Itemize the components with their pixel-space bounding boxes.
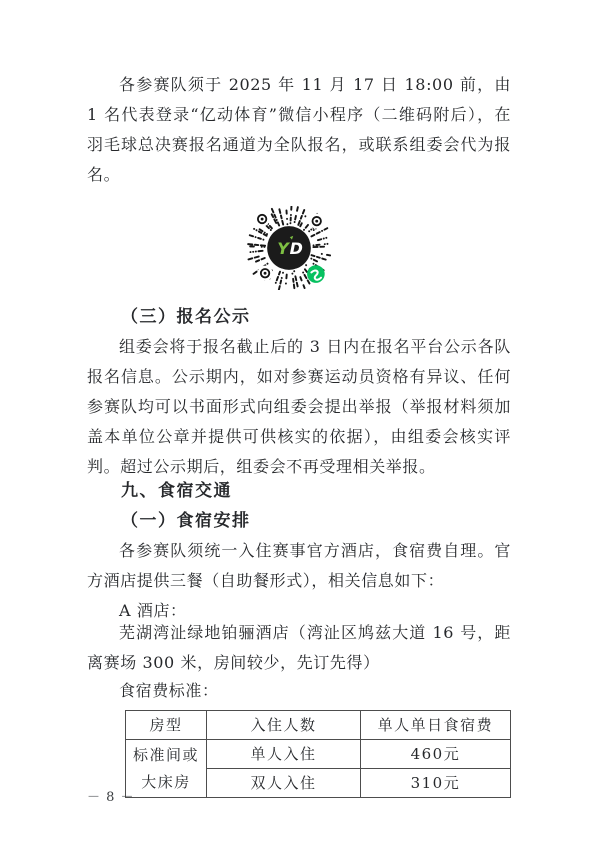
- wechat-mini-program-qr-icon: YD: [247, 206, 331, 290]
- section-3-body: 组委会将于报名截止后的 3 日内在报名平台公示各队报名信息。公示期内，如对参赛运…: [87, 332, 511, 482]
- hotel-a-detail: 芜湖湾沚绿地铂骊酒店（湾沚区鸠兹大道 16 号，距离赛场 300 米，房间较少，…: [87, 618, 511, 678]
- fee-table-header-occupancy: 入住人数: [207, 711, 361, 740]
- fee-table-row: 标准间或大床房 单人入住 460元: [126, 740, 511, 769]
- document-page: 各参赛队须于 2025 年 11 月 17 日 18:00 前，由 1 名代表登…: [87, 70, 511, 798]
- lodging-intro: 各参赛队须统一入住赛事官方酒店，食宿费自理。官方酒店提供三餐（自助餐形式），相关…: [87, 536, 511, 596]
- section-9-1-heading: （一）食宿安排: [87, 506, 511, 536]
- fee-table-cell-room-type: 标准间或大床房: [126, 740, 207, 798]
- fee-standard-label: 食宿费标准：: [87, 676, 511, 706]
- page-number: － 8 －: [87, 786, 135, 805]
- fee-table: 房型 入住人数 单人单日食宿费 标准间或大床房 单人入住 460元 双人入住 3…: [125, 710, 511, 798]
- section-3-heading: （三）报名公示: [87, 302, 511, 332]
- fee-table-header-fee: 单人单日食宿费: [360, 711, 510, 740]
- fee-table-cell-occupancy: 单人入住: [207, 740, 361, 769]
- fee-table-cell-fee: 310元: [360, 769, 510, 798]
- fee-table-header-row: 房型 入住人数 单人单日食宿费: [126, 711, 511, 740]
- qr-code-block: YD: [87, 206, 511, 290]
- fee-table-cell-occupancy: 双人入住: [207, 769, 361, 798]
- fee-table-header-room-type: 房型: [126, 711, 207, 740]
- fee-table-cell-fee: 460元: [360, 740, 510, 769]
- intro-paragraph: 各参赛队须于 2025 年 11 月 17 日 18:00 前，由 1 名代表登…: [87, 70, 511, 190]
- svg-text:YD: YD: [277, 239, 303, 258]
